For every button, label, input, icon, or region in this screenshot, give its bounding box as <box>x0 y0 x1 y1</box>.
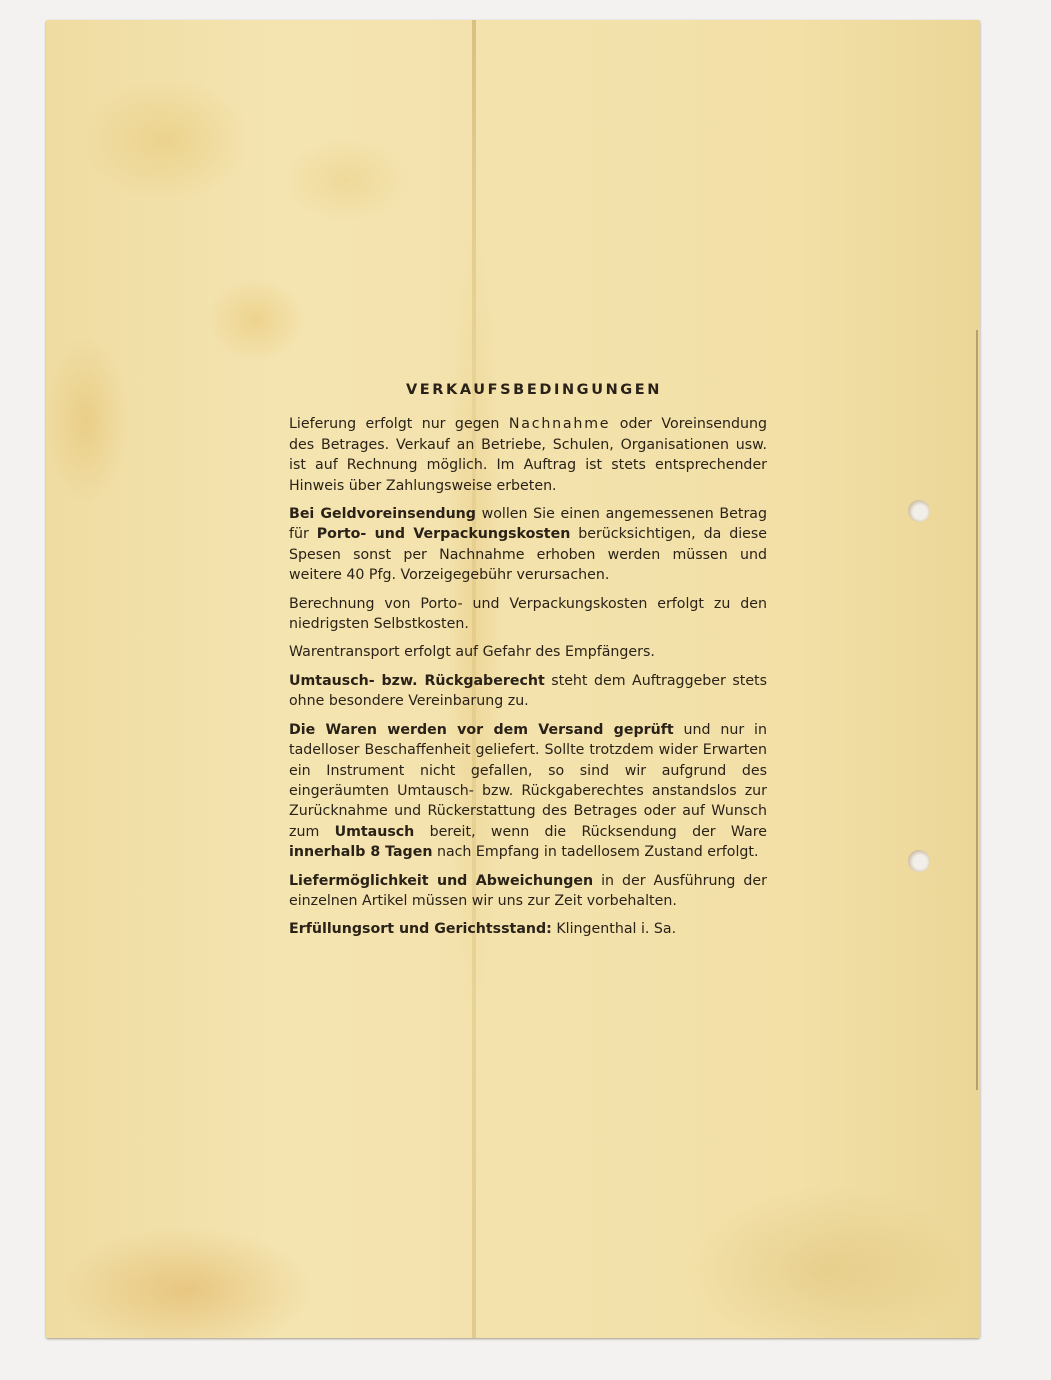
emphasized-text: Liefermöglichkeit und Abweichungen <box>289 873 593 889</box>
body-text: und nur in tadelloser Beschaffenheit gel… <box>289 722 767 840</box>
terms-paragraphs: Lieferung erfolgt nur gegen Nachnahme od… <box>289 414 767 939</box>
page-edge-shadow <box>976 330 978 1090</box>
body-text: Lieferung erfolgt nur gegen <box>289 416 509 432</box>
emphasized-text: Umtausch <box>335 824 415 840</box>
body-text: Nachnahme <box>509 416 611 432</box>
emphasized-text: Bei Geldvoreinsendung <box>289 506 476 522</box>
body-text: nach Empfang in tadellosem Zustand erfol… <box>432 844 758 860</box>
body-text: bereit, wenn die Rücksendung der Ware <box>414 824 767 840</box>
emphasized-text: Porto- und Verpackungskosten <box>317 526 571 542</box>
terms-paragraph: Erfüllungsort und Gerichtsstand: Klingen… <box>289 919 767 939</box>
emphasized-text: Umtausch- bzw. Rückgaberecht <box>289 673 545 689</box>
body-text: Warentransport erfolgt auf Gefahr des Em… <box>289 644 655 660</box>
terms-paragraph: Umtausch- bzw. Rückgaberecht steht dem A… <box>289 671 767 712</box>
terms-paragraph: Warentransport erfolgt auf Gefahr des Em… <box>289 642 767 662</box>
terms-paragraph: Die Waren werden vor dem Versand geprüft… <box>289 720 767 863</box>
emphasized-text: innerhalb 8 Tagen <box>289 844 432 860</box>
terms-paragraph: Bei Geldvoreinsendung wollen Sie einen a… <box>289 504 767 586</box>
terms-paragraph: Lieferung erfolgt nur gegen Nachnahme od… <box>289 414 767 496</box>
body-text: Klingenthal i. Sa. <box>552 921 676 937</box>
terms-of-sale: VERKAUFSBEDINGUNGEN Lieferung erfolgt nu… <box>289 380 767 948</box>
emphasized-text: Die Waren werden vor dem Versand geprüft <box>289 722 674 738</box>
terms-paragraph: Liefermöglichkeit und Abweichungen in de… <box>289 871 767 912</box>
document-title: VERKAUFSBEDINGUNGEN <box>301 380 767 400</box>
punch-hole-top <box>908 500 930 522</box>
terms-paragraph: Berechnung von Porto- und Verpackungskos… <box>289 594 767 635</box>
body-text: Berechnung von Porto- und Verpackungskos… <box>289 596 767 632</box>
emphasized-text: Erfüllungsort und Gerichtsstand: <box>289 921 552 937</box>
punch-hole-bottom <box>908 850 930 872</box>
